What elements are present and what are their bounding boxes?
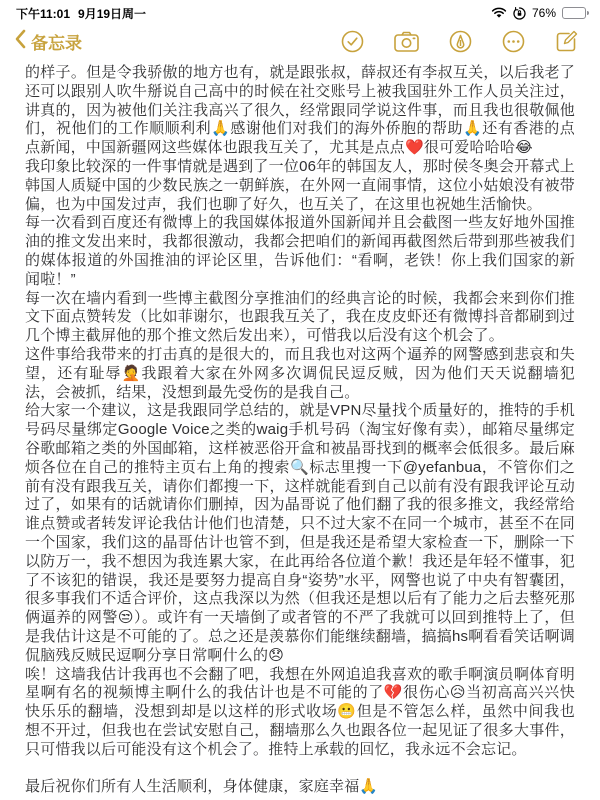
- note-paragraph: 的样子。但是令我骄傲的地方也有，就是跟张叔，薛叔还有李叔互关，以后我老了还可以跟…: [25, 64, 575, 158]
- status-bar: 下午11:01 9月19日周一 76%: [0, 0, 600, 22]
- note-paragraph: 给大家一个建议，这是我跟同学总结的，就是VPN尽量找个质量好的，推特的手机号码尽…: [25, 402, 575, 665]
- note-paragraph: 唉！这墙我估计我再也不会翻了吧，我想在外网追追我喜欢的歌手啊演员啊体育明星啊有名…: [25, 666, 575, 760]
- note-paragraph: 每一次看到百度还有微博上的我国媒体报道外国新闻并且会截图一些友好地外国推油的推文…: [25, 214, 575, 289]
- checklist-icon[interactable]: [341, 30, 364, 53]
- markup-icon[interactable]: [449, 30, 472, 53]
- status-time: 下午11:01: [16, 5, 70, 22]
- nav-bar: 备忘录: [0, 22, 600, 60]
- chevron-left-icon: [14, 29, 26, 54]
- nav-icons: [341, 30, 578, 53]
- note-body[interactable]: 的样子。但是令我骄傲的地方也有，就是跟张叔，薛叔还有李叔互关，以后我老了还可以跟…: [0, 60, 600, 797]
- battery-percent: 76%: [532, 6, 556, 20]
- note-paragraph: 最后祝你们所有人生活顺利，身体健康，家庭幸福🙏: [25, 778, 575, 797]
- battery-icon: [562, 7, 586, 19]
- note-paragraph: 这件事给我带来的打击真的是很大的，而且我也对这两个逼养的网警感到悲哀和失望，还有…: [25, 346, 575, 402]
- camera-icon[interactable]: [394, 30, 419, 53]
- back-button[interactable]: 备忘录: [14, 29, 82, 54]
- orientation-lock-icon: [513, 7, 526, 20]
- more-icon[interactable]: [502, 30, 525, 53]
- note-paragraph: 我印象比较深的一件事情就是遇到了一位06年的韩国友人，那时侯冬奥会开幕式上韩国人…: [25, 158, 575, 214]
- note-paragraph: [25, 759, 575, 778]
- status-date: 9月19日周一: [78, 5, 146, 22]
- back-label: 备忘录: [31, 29, 82, 54]
- compose-icon[interactable]: [555, 30, 578, 53]
- note-paragraph: 每一次在墙内看到一些博主截图分享推油们的经典言论的时候，我都会来到你们推文下面点…: [25, 290, 575, 346]
- wifi-icon: [491, 7, 507, 19]
